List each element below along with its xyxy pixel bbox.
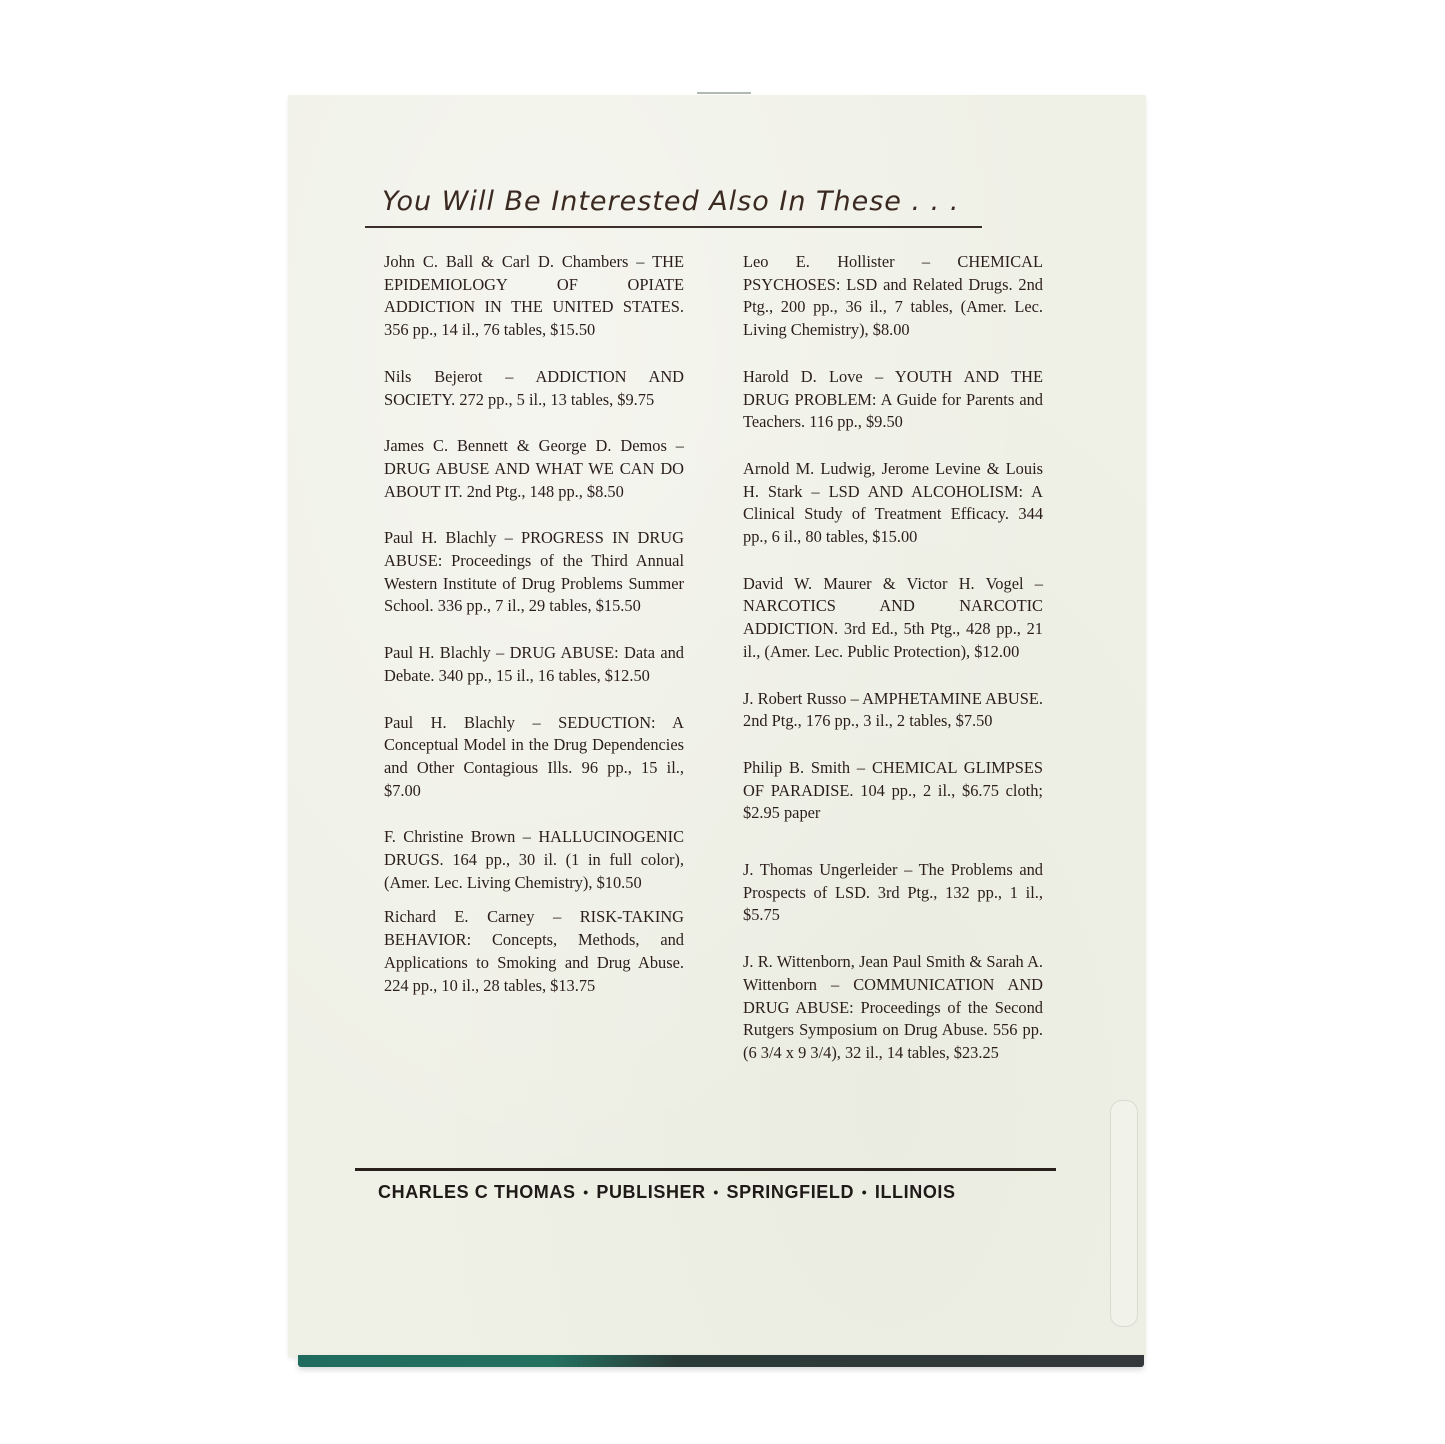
book-entry: Paul H. Blachly – SEDUCTION: A Conceptua… bbox=[384, 712, 684, 803]
bullet-separator: • bbox=[862, 1184, 868, 1200]
heading-underline bbox=[365, 226, 982, 228]
book-authors: J. Robert Russo bbox=[743, 689, 846, 708]
em-dash: – bbox=[850, 758, 872, 777]
publisher-name: CHARLES C THOMAS bbox=[378, 1182, 576, 1202]
publisher-state: ILLINOIS bbox=[875, 1182, 956, 1202]
book-entry: Paul H. Blachly – PROGRESS IN DRUG ABUSE… bbox=[384, 527, 684, 618]
book-details: 224 pp., 10 il., 28 tables, $13.75 bbox=[384, 976, 595, 995]
em-dash: – bbox=[895, 252, 958, 271]
publisher-city: SPRINGFIELD bbox=[727, 1182, 855, 1202]
book-entry: J. Thomas Ungerleider – The Problems and… bbox=[743, 859, 1043, 927]
book-entry: Richard E. Carney – RISK-TAKING BEHAVIOR… bbox=[384, 906, 684, 997]
book-details: 336 pp., 7 il., 29 tables, $15.50 bbox=[438, 596, 641, 615]
book-bottom-edge bbox=[298, 1355, 1144, 1367]
book-entry: John C. Ball & Carl D. Chambers – THE EP… bbox=[384, 251, 684, 342]
book-entry: Harold D. Love – YOUTH AND THE DRUG PROB… bbox=[743, 366, 1043, 434]
book-authors: Harold D. Love bbox=[743, 367, 863, 386]
cover-top-mark bbox=[697, 92, 751, 94]
label-sticker-outline bbox=[1110, 1100, 1138, 1327]
bullet-separator: • bbox=[713, 1184, 719, 1200]
book-authors: Paul H. Blachly bbox=[384, 528, 496, 547]
book-authors: Paul H. Blachly bbox=[384, 643, 491, 662]
book-authors: John C. Ball & Carl D. Chambers bbox=[384, 252, 628, 271]
em-dash: – bbox=[802, 482, 828, 501]
publisher-imprint: CHARLES C THOMAS • PUBLISHER • SPRINGFIE… bbox=[378, 1182, 1043, 1203]
book-details: 356 pp., 14 il., 76 tables, $15.50 bbox=[384, 320, 595, 339]
book-list-right: Leo E. Hollister – CHEMICAL PSYCHOSES: L… bbox=[743, 251, 1043, 1065]
em-dash: – bbox=[817, 975, 853, 994]
publisher-label: PUBLISHER bbox=[596, 1182, 705, 1202]
em-dash: – bbox=[515, 713, 558, 732]
book-details: 272 pp., 5 il., 13 tables, $9.75 bbox=[459, 390, 654, 409]
book-authors: David W. Maurer & Victor H. Vogel bbox=[743, 574, 1024, 593]
em-dash: – bbox=[515, 827, 538, 846]
bullet-separator: • bbox=[583, 1184, 589, 1200]
em-dash: – bbox=[482, 367, 535, 386]
book-entry: James C. Bennett & George D. Demos – DRU… bbox=[384, 435, 684, 503]
book-entry: David W. Maurer & Victor H. Vogel – NARC… bbox=[743, 573, 1043, 664]
em-dash: – bbox=[667, 436, 684, 455]
em-dash: – bbox=[846, 689, 862, 708]
book-entry: J. Robert Russo – AMPHETAMINE ABUSE. 2nd… bbox=[743, 688, 1043, 733]
book-title: AMPHETAMINE ABUSE. bbox=[862, 689, 1043, 708]
section-heading: You Will Be Interested Also In These . .… bbox=[382, 186, 959, 217]
book-list-left: John C. Ball & Carl D. Chambers – THE EP… bbox=[384, 251, 684, 997]
book-entry: Nils Bejerot – ADDICTION AND SOCIETY. 27… bbox=[384, 366, 684, 411]
book-authors: Richard E. Carney bbox=[384, 907, 534, 926]
book-details: 2nd Ptg., 176 pp., 3 il., 2 tables, $7.5… bbox=[743, 711, 993, 730]
book-entry: F. Christine Brown – HALLUCINOGENIC DRUG… bbox=[384, 826, 684, 894]
em-dash: – bbox=[863, 367, 895, 386]
book-details: 2nd Ptg., 148 pp., $8.50 bbox=[467, 482, 624, 501]
book-authors: Paul H. Blachly bbox=[384, 713, 515, 732]
em-dash: – bbox=[491, 643, 510, 662]
book-authors: James C. Bennett & George D. Demos bbox=[384, 436, 667, 455]
book-entry: Philip B. Smith – CHEMICAL GLIMPSES OF P… bbox=[743, 757, 1043, 825]
footer-divider bbox=[355, 1168, 1056, 1171]
book-entry: Arnold M. Ludwig, Jerome Levine & Louis … bbox=[743, 458, 1043, 549]
book-authors: Leo E. Hollister bbox=[743, 252, 895, 271]
book-details: 116 pp., $9.50 bbox=[809, 412, 903, 431]
book-entry: Paul H. Blachly – DRUG ABUSE: Data and D… bbox=[384, 642, 684, 687]
em-dash: – bbox=[1024, 574, 1043, 593]
book-authors: J. Thomas Ungerleider bbox=[743, 860, 898, 879]
book-details: 340 pp., 15 il., 16 tables, $12.50 bbox=[439, 666, 650, 685]
em-dash: – bbox=[628, 252, 652, 271]
book-authors: F. Christine Brown bbox=[384, 827, 515, 846]
em-dash: – bbox=[898, 860, 919, 879]
book-entry: J. R. Wittenborn, Jean Paul Smith & Sara… bbox=[743, 951, 1043, 1065]
book-entry: Leo E. Hollister – CHEMICAL PSYCHOSES: L… bbox=[743, 251, 1043, 342]
em-dash: – bbox=[534, 907, 579, 926]
book-authors: Philip B. Smith bbox=[743, 758, 850, 777]
book-authors: Nils Bejerot bbox=[384, 367, 482, 386]
em-dash: – bbox=[496, 528, 521, 547]
